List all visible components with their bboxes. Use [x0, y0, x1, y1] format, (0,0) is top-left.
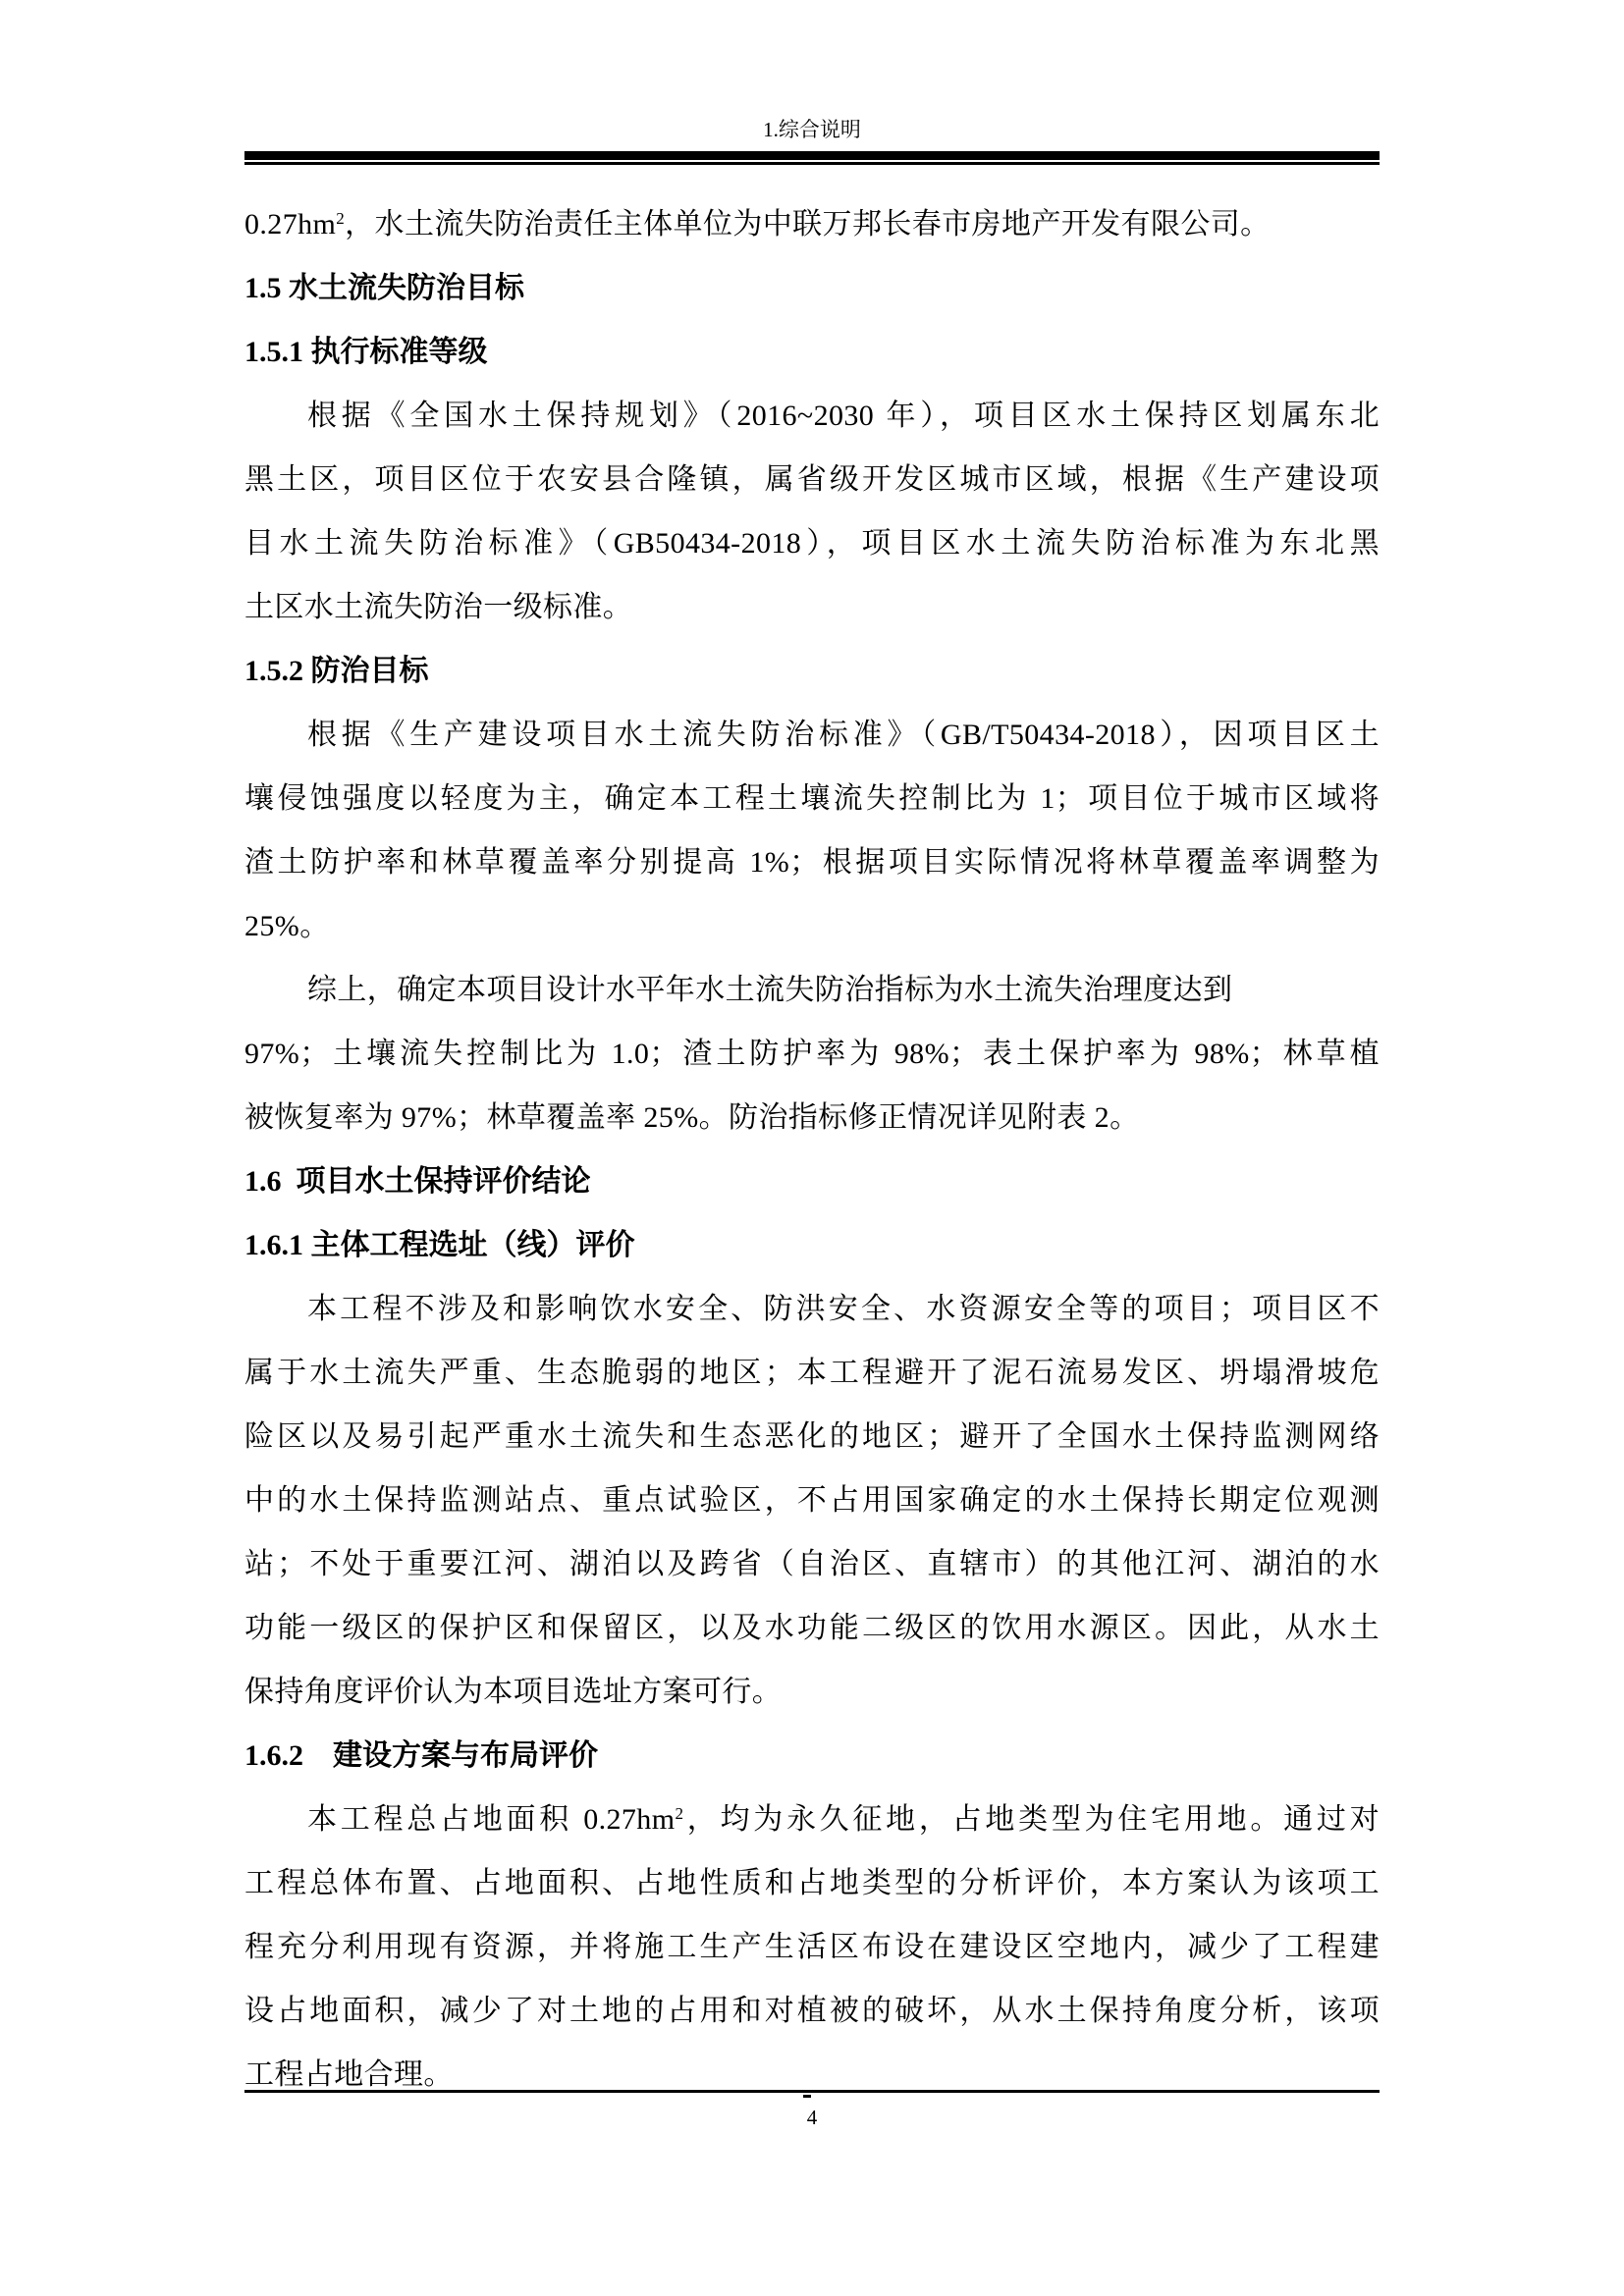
subsection-heading-1-5-2: 1.5.2 防治目标 [244, 639, 1380, 703]
paragraph-line: 被恢复率为 97%；林草覆盖率 25%。防治指标修正情况详见附表 2。 [244, 1086, 1380, 1149]
paragraph-line: 险区以及易引起严重水土流失和生态恶化的地区；避开了全国水土保持监测网络 [244, 1405, 1380, 1468]
paragraph-line: 0.27hm2，水土流失防治责任主体单位为中联万邦长春市房地产开发有限公司。 [244, 192, 1380, 256]
paragraph-line: 壤侵蚀强度以轻度为主，确定本工程土壤流失控制比为 1；项目位于城市区域将 [244, 767, 1380, 830]
subsection-heading-1-6-2: 1.6.2 建设方案与布局评价 [244, 1724, 1380, 1788]
paragraph-line: 目水土流失防治标准》（GB50434-2018），项目区水土流失防治标准为东北黑 [244, 511, 1380, 575]
paragraph-line: 97%；土壤流失控制比为 1.0；渣土防护率为 98%；表土保护率为 98%；林… [244, 1022, 1380, 1086]
paragraph-line: 综上，确定本项目设计水平年水土流失防治指标为水土流失治理度达到 [244, 958, 1380, 1022]
paragraph-line: 站；不处于重要江河、湖泊以及跨省（自治区、直辖市）的其他江河、湖泊的水 [244, 1532, 1380, 1596]
footer-rule [244, 2090, 1380, 2093]
paragraph-line: 黑土区，项目区位于农安县合隆镇，属省级开发区城市区域，根据《生产建设项 [244, 448, 1380, 511]
superscript: 2 [336, 209, 345, 228]
paragraph-line: 保持角度评价认为本项目选址方案可行。 [244, 1660, 1380, 1724]
paragraph-line: 属于水土流失严重、生态脆弱的地区；本工程避开了泥石流易发区、坍塌滑坡危 [244, 1341, 1380, 1405]
footer-mark [803, 2095, 811, 2098]
paragraph-line: 25%。 [244, 894, 1380, 958]
section-heading-1-6: 1.6 项目水土保持评价结论 [244, 1149, 1380, 1213]
header-rule-thin [244, 162, 1380, 165]
page-number: 4 [244, 2105, 1380, 2130]
paragraph-line: 设占地面积，减少了对土地的占用和对植被的破坏，从水土保持角度分析，该项 [244, 1979, 1380, 2043]
paragraph-line: 土区水土流失防治一级标准。 [244, 575, 1380, 639]
text-run: 0.27hm [244, 208, 336, 240]
paragraph-line: 功能一级区的保护区和保留区，以及水功能二级区的饮用水源区。因此，从水土 [244, 1596, 1380, 1660]
text-run: ，水土流失防治责任主体单位为中联万邦长春市房地产开发有限公司。 [345, 208, 1270, 240]
paragraph-line: 渣土防护率和林草覆盖率分别提高 1%；根据项目实际情况将林草覆盖率调整为 [244, 830, 1380, 894]
text-run: 本工程总占地面积 0.27hm [307, 1803, 675, 1836]
header-rule-thick [244, 151, 1380, 160]
paragraph-line: 中的水土保持监测站点、重点试验区，不占用国家确定的水土保持长期定位观测 [244, 1468, 1380, 1532]
document-page: 1.综合说明 0.27hm2，水土流失防治责任主体单位为中联万邦长春市房地产开发… [0, 0, 1624, 2296]
document-body: 0.27hm2，水土流失防治责任主体单位为中联万邦长春市房地产开发有限公司。 1… [244, 192, 1380, 2107]
paragraph-line: 本工程总占地面积 0.27hm2，均为永久征地，占地类型为住宅用地。通过对 [244, 1788, 1380, 1851]
paragraph-line: 本工程不涉及和影响饮水安全、防洪安全、水资源安全等的项目；项目区不 [244, 1277, 1380, 1341]
section-heading-1-5: 1.5 水土流失防治目标 [244, 256, 1380, 320]
paragraph-line: 程充分利用现有资源，并将施工生产生活区布设在建设区空地内，减少了工程建 [244, 1915, 1380, 1979]
text-run: ，均为永久征地，占地类型为住宅用地。通过对 [683, 1803, 1380, 1836]
subsection-heading-1-5-1: 1.5.1 执行标准等级 [244, 320, 1380, 384]
paragraph-line: 工程占地合理。 [244, 2043, 1380, 2107]
paragraph-line: 根据《全国水土保持规划》（2016~2030 年），项目区水土保持区划属东北 [244, 384, 1380, 448]
paragraph-line: 工程总体布置、占地面积、占地性质和占地类型的分析评价，本方案认为该项工 [244, 1851, 1380, 1915]
subsection-heading-1-6-1: 1.6.1 主体工程选址（线）评价 [244, 1213, 1380, 1277]
running-header-title: 1.综合说明 [244, 117, 1380, 142]
paragraph-line: 根据《生产建设项目水土流失防治标准》（GB/T50434-2018），因项目区土 [244, 703, 1380, 767]
